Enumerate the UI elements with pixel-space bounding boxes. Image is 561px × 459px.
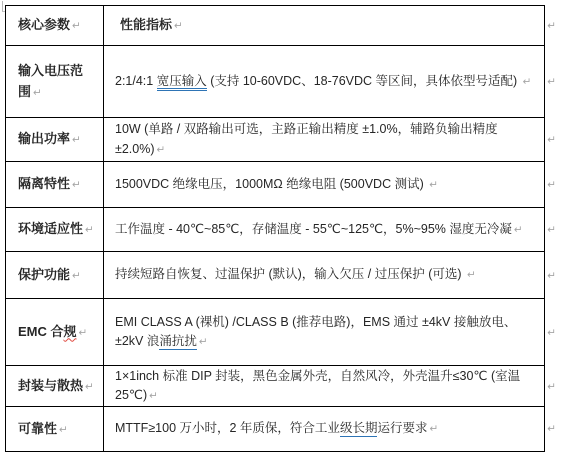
cell-text: 1500VDC 绝缘电压，1000MΩ 绝缘电阻 (500VDC 测试) ↵ [115,175,438,194]
paragraph-mark-icon: ↵ [147,390,158,402]
row-value-cell[interactable]: 持续短路自恢复、过温保护 (默认)，输入欠压 / 过压保护 (可选) ↵ [104,252,544,298]
paragraph-mark-icon: ↵ [512,224,523,236]
row-end-mark-icon: ↵ [547,77,556,88]
cell-text: 环境适应性↵ [18,219,94,240]
table-row: 保护功能↵持续短路自恢复、过温保护 (默认)，输入欠压 / 过压保护 (可选) … [6,252,544,299]
paragraph-mark-icon: ↵ [172,20,183,32]
cell-text: 持续短路自恢复、过温保护 (默认)，输入欠压 / 过压保护 (可选) ↵ [115,265,476,284]
cell-text: 1×1inch 标准 DIP 封装，黑色金属外壳，自然风冷，外壳温升≤30℃ (… [115,367,534,406]
cell-text: MTTF≥100 万小时，2 年质保，符合工业级长期运行要求↵ [115,419,438,438]
cell-text: 输入电压范围↵ [18,61,95,103]
row-label-cell[interactable]: 封装与散热↵ [6,366,104,406]
cell-text: 可靠性↵ [18,419,68,440]
row-end-mark-icon: ↵ [547,328,556,339]
row-end-mark-icon: ↵ [547,382,556,393]
row-value-cell[interactable]: 1×1inch 标准 DIP 封装，黑色金属外壳，自然风冷，外壳温升≤30℃ (… [104,366,544,406]
text-run: 1500VDC 绝缘电压，1000MΩ 绝缘电阻 (500VDC 测试) [115,177,427,191]
paragraph-mark-icon: ↵ [70,179,81,191]
text-run: 2:1/4:1 [115,74,157,88]
table-row: 隔离特性↵1500VDC 绝缘电压，1000MΩ 绝缘电阻 (500VDC 测试… [6,162,544,208]
paragraph-mark-icon: ↵ [70,134,81,146]
row-end-mark-icon: ↵ [547,225,556,236]
document-page: 核心参数↵性能指标↵输入电压范围↵2:1/4:1 宽压输入 (支持 10-60V… [0,0,561,459]
cell-text: 封装与散热↵ [18,376,94,397]
table-header-row: 核心参数↵性能指标↵ [6,6,544,46]
paragraph-mark-icon: ↵ [155,144,166,156]
spec-table: 核心参数↵性能指标↵输入电压范围↵2:1/4:1 宽压输入 (支持 10-60V… [5,5,545,452]
cell-text: 10W (单路 / 双路输出可选，主路正输出精度 ±1.0%，辅路负输出精度 ±… [115,120,534,159]
paragraph-mark-icon: ↵ [465,269,476,281]
text-run: EMC 合 [18,324,64,339]
paragraph-mark-icon: ↵ [70,20,81,32]
table-row: 可靠性↵MTTF≥100 万小时，2 年质保，符合工业级长期运行要求↵ [6,407,544,451]
cell-text: 工作温度 - 40℃~85℃，存储温度 - 55℃~125℃，5%~95% 湿度… [115,220,523,239]
paragraph-mark-icon: ↵ [521,76,532,88]
table-row: 环境适应性↵工作温度 - 40℃~85℃，存储温度 - 55℃~125℃，5%~… [6,208,544,252]
table-row: 封装与散热↵1×1inch 标准 DIP 封装，黑色金属外壳，自然风冷，外壳温升… [6,366,544,407]
row-label-cell[interactable]: EMC 合规↵ [6,299,104,365]
row-end-mark-icon: ↵ [547,424,556,435]
row-value-cell[interactable]: 2:1/4:1 宽压输入 (支持 10-60VDC、18-76VDC 等区间，具… [104,46,544,117]
paragraph-mark-icon: ↵ [197,336,208,348]
cell-text: 性能指标↵ [120,15,183,35]
row-end-mark-icon: ↵ [547,271,556,282]
row-label-cell[interactable]: 保护功能↵ [6,252,104,298]
text-run: 1×1inch 标准 DIP 封装，黑色金属外壳，自然风冷，外壳温升≤30℃ (… [115,369,520,402]
paragraph-mark-icon: ↵ [83,224,94,236]
row-label-cell[interactable]: 输入电压范围↵ [6,46,104,117]
row-label-cell[interactable]: 隔离特性↵ [6,162,104,207]
paragraph-mark-icon: ↵ [31,87,42,99]
paragraph-mark-icon: ↵ [70,270,81,282]
row-value-cell[interactable]: 10W (单路 / 双路输出可选，主路正输出精度 ±1.0%，辅路负输出精度 ±… [104,118,544,161]
text-run: 性能指标 [120,17,172,32]
text-run: 输入电压范围 [18,63,83,99]
text-run: 封装与散热 [18,378,83,393]
paragraph-mark-icon: ↵ [83,381,94,393]
text-run: 10W (单路 / 双路输出可选，主路正输出精度 ±1.0%，辅路负输出精度 ±… [115,122,498,155]
text-run: 隔离特性 [18,176,70,191]
text-run-underlined-grammar: 宽压输入 [157,74,207,91]
cell-text: 2:1/4:1 宽压输入 (支持 10-60VDC、18-76VDC 等区间，具… [115,72,531,91]
text-run-underlined-grammar-light: 级长期 [340,421,378,437]
text-run: 输出功率 [18,131,70,146]
text-run: 工作温度 - 40℃~85℃，存储温度 - 55℃~125℃，5%~95% 湿度… [115,222,512,236]
header-cell-value[interactable]: 性能指标↵ [104,6,544,45]
text-run-underlined-spell: 规 [64,324,77,339]
text-run: MTTF≥100 万小时，2 年质保，符合工业 [115,421,340,435]
header-cell-param[interactable]: 核心参数↵ [6,6,104,45]
row-label-cell[interactable]: 输出功率↵ [6,118,104,161]
table-row: EMC 合规↵EMI CLASS A (裸机) /CLASS B (推荐电路)，… [6,299,544,366]
table-row: 输出功率↵10W (单路 / 双路输出可选，主路正输出精度 ±1.0%，辅路负输… [6,118,544,162]
cell-text: 保护功能↵ [18,265,81,286]
row-value-cell[interactable]: EMI CLASS A (裸机) /CLASS B (推荐电路)，EMS 通过 … [104,299,544,365]
paragraph-mark-icon: ↵ [427,423,438,435]
row-label-cell[interactable]: 环境适应性↵ [6,208,104,251]
row-label-cell[interactable]: 可靠性↵ [6,407,104,451]
cell-text: EMI CLASS A (裸机) /CLASS B (推荐电路)，EMS 通过 … [115,313,534,352]
row-value-cell[interactable]: MTTF≥100 万小时，2 年质保，符合工业级长期运行要求↵ [104,407,544,451]
cell-text: 核心参数↵ [18,15,81,36]
text-run: 持续短路自恢复、过温保护 (默认)，输入欠压 / 过压保护 (可选) [115,267,465,281]
text-run: 运行要求 [377,421,427,435]
row-end-mark-icon: ↵ [547,21,556,32]
cell-text: 输出功率↵ [18,129,81,150]
row-end-mark-icon: ↵ [547,180,556,191]
row-value-cell[interactable]: 1500VDC 绝缘电压，1000MΩ 绝缘电阻 (500VDC 测试) ↵ [104,162,544,207]
row-end-mark-icon: ↵ [547,135,556,146]
paragraph-mark-icon: ↵ [427,179,438,191]
text-run: (支持 10-60VDC、18-76VDC 等区间，具体依型号适配) [207,74,521,88]
text-run-underlined-grammar-light: 涌抗扰 [159,334,197,350]
paragraph-mark-icon: ↵ [77,327,88,339]
text-run: 可靠性 [18,421,57,436]
paragraph-mark-icon: ↵ [57,424,68,436]
table-row: 输入电压范围↵2:1/4:1 宽压输入 (支持 10-60VDC、18-76VD… [6,46,544,118]
cell-text: EMC 合规↵ [18,322,87,343]
cell-text: 隔离特性↵ [18,174,81,195]
text-run: 环境适应性 [18,221,83,236]
text-run: 核心参数 [18,17,70,32]
text-run: 保护功能 [18,267,70,282]
row-value-cell[interactable]: 工作温度 - 40℃~85℃，存储温度 - 55℃~125℃，5%~95% 湿度… [104,208,544,251]
